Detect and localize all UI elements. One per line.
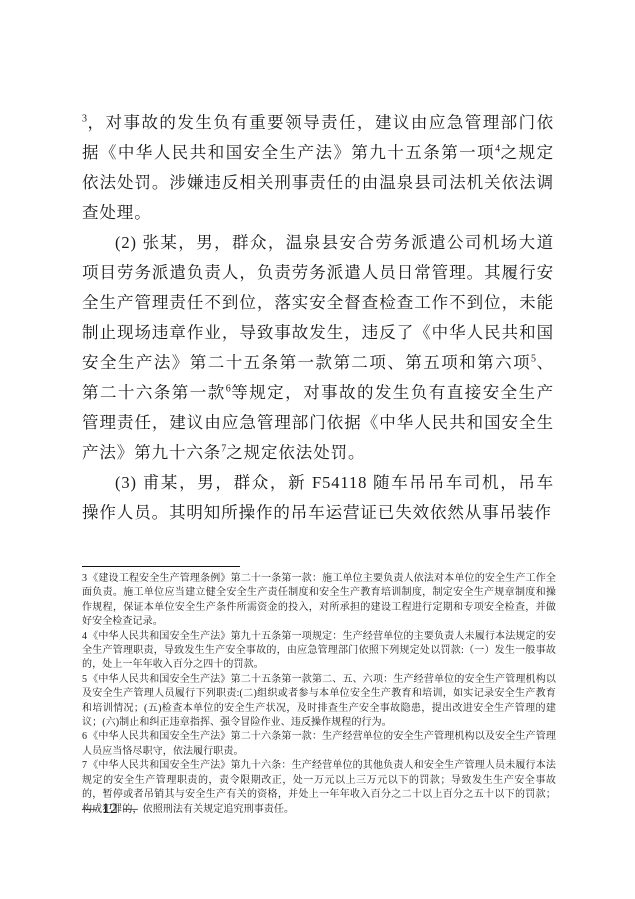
body-paragraph-person-3: (3) 甫某，男，群众，新 F54118 随车吊吊车司机，吊车操作人员。其明知所… [82,468,554,528]
footnote-separator-line [82,566,240,567]
footnote-item-5: 5《中华人民共和国安全生产法》第二十五条第一款第二、五、六项：生产经营单位的安全… [82,673,556,731]
footnote-item-3: 3《建设工程安全生产管理条例》第二十一条第一款：施工单位主要负责人依法对本单位的… [82,572,556,630]
body-paragraph-person-2: (2) 张某，男，群众，温泉县安合劳务派遣公司机场大道项目劳务派遣负责人，负责劳… [82,228,554,468]
footnote-text: 《中华人民共和国安全生产法》第九十五条第一项规定：生产经营单位的主要负责人未履行… [82,631,556,671]
footnote-text: 《建设工程安全生产管理条例》第二十一条第一款：施工单位主要负责人依法对本单位的安… [82,573,556,627]
footnote-marker: 7 [82,760,87,771]
body-text-block: 3，对事故的发生负有重要领导责任，建议由应急管理部门依据《中华人民共和国安全生产… [82,108,554,528]
footnote-marker: 3 [82,573,87,584]
footnote-item-7: 7《中华人民共和国安全生产法》第九十六条：生产经营单位的其他负责人和安全生产管理… [82,759,556,817]
body-paragraph-continuation: 3，对事故的发生负有重要领导责任，建议由应急管理部门依据《中华人民共和国安全生产… [82,108,554,228]
footnote-marker: 5 [82,674,87,685]
footnote-text: 《中华人民共和国安全生产法》第二十五条第一款第二、五、六项：生产经营单位的安全生… [82,674,556,728]
footnote-text: 《中华人民共和国安全生产法》第九十六条：生产经营单位的其他负责人和安全生产管理人… [82,760,556,814]
page-number: — 12 — [82,801,139,818]
document-page: 3，对事故的发生负有重要领导责任，建议由应急管理部门依据《中华人民共和国安全生产… [0,0,635,899]
footnote-marker: 4 [82,631,87,642]
footnotes-block: 3《建设工程安全生产管理条例》第二十一条第一款：施工单位主要负责人依法对本单位的… [82,572,556,817]
footnote-text: 《中华人民共和国安全生产法》第二十六条第一款：生产经营单位的安全生产管理机构以及… [82,731,556,756]
footnote-item-6: 6《中华人民共和国安全生产法》第二十六条第一款：生产经营单位的安全生产管理机构以… [82,730,556,759]
footnote-marker: 6 [82,731,87,742]
footnote-item-4: 4《中华人民共和国安全生产法》第九十五条第一项规定：生产经营单位的主要负责人未履… [82,630,556,673]
